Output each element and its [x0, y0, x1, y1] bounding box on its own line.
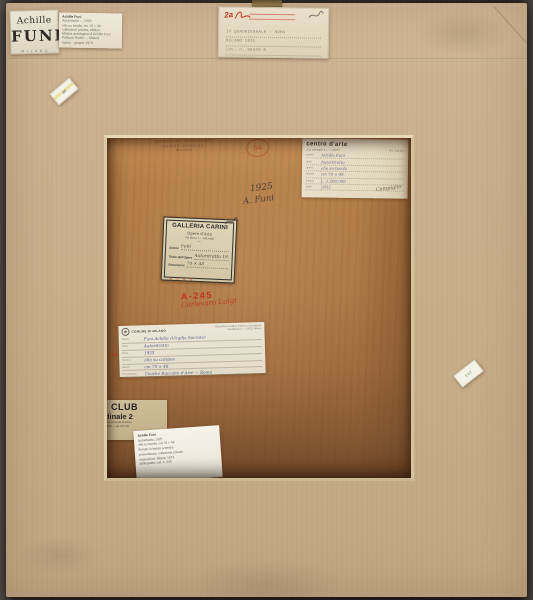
field-label: anno [306, 184, 321, 191]
red-side-mark: N 8 [110, 351, 117, 357]
field-value: 70 × 48 [186, 261, 228, 269]
comune-org-name: COMUNE DI MILANO [131, 329, 166, 334]
wood-panel-window: ESPOSIZIONE PERMANENTE VIA FIORI CHIARI … [104, 135, 414, 481]
typed-row: inv. n. 86320 B [226, 46, 321, 56]
funi-exhibition-label: Achille FUNI M I L A N O [9, 9, 59, 54]
red-oval-stamp: 54 [245, 138, 270, 158]
red-handwritten-mark: 2a [224, 10, 234, 20]
ink-scribble-icon [308, 9, 324, 21]
field-label: Provenienza [123, 370, 145, 378]
field-label: Dimensioni [168, 263, 184, 268]
artclub-line: rdinale 2 [104, 412, 164, 421]
sticker-left-text: 36 [61, 88, 68, 95]
centro-phone: TEL. 654.327 [389, 149, 405, 152]
artclub-line: MILANO — tel. 872.441 [104, 425, 164, 429]
pencil-signature: A. Funi [243, 193, 275, 207]
sticker-right-text: 142 [464, 369, 474, 378]
gallery-ink-stamp: ESPOSIZIONE PERMANENTE VIA FIORI CHIARI … [153, 138, 215, 153]
centro-subtitle: di g. campiglio & c. — milano [306, 148, 339, 151]
comune-emblem-icon [121, 328, 129, 336]
artclub-line: T CLUB [104, 402, 164, 412]
funi-label-footer: M I L A N O [11, 48, 58, 53]
pencil-year: 1925 [249, 182, 273, 195]
red-inventory-mark: A-245 Carlevaro Luigi [181, 289, 237, 309]
field-label: Titolo dell'Opera [169, 254, 193, 259]
artist-first-name: Achille [11, 15, 58, 26]
stamp-line: VIA FIORI CHIARI 13 · MILANO [153, 143, 215, 153]
field-value: Autoritratto 1925 [194, 253, 229, 260]
galleria-carini-label: GALLERIA CARINI Opere d'Arte Via Brera 7… [161, 216, 238, 283]
printed-info-card: Achille Funi Autoritratto — 1925 olio su… [59, 13, 122, 49]
comune-fields: Autore Funi Achille (Virgilio Socrate) T… [122, 333, 263, 378]
field-label: Autore [169, 246, 179, 250]
info-line: marzo · giugno 1973 [62, 40, 119, 45]
centro-darte-label: centro d'arte di g. campiglio & c. — mil… [302, 138, 409, 198]
exhibition-label: 2a IV QUADRIENNALE — ROMA MILANO 1935 in… [218, 6, 330, 59]
red-ruled-lines [249, 14, 295, 21]
typed-rows: IV QUADRIENNALE — ROMA MILANO 1935 inv. … [226, 28, 321, 56]
artist-last-name: FUNI [11, 26, 58, 45]
photo-of-painting-back: Achille FUNI M I L A N O Achille Funi Au… [0, 0, 533, 600]
oval-stamp-number: 54 [253, 144, 261, 152]
typed-white-card: Achille Funi Autoritratto, 1925 olio su … [133, 425, 222, 481]
field-value: Funi [181, 244, 230, 252]
carini-red-code: A 2 4 5 [170, 276, 194, 282]
frame-top-seam [6, 58, 527, 60]
carini-inner-border: GALLERIA CARINI Opere d'Arte Via Brera 7… [164, 220, 234, 281]
comune-milano-label: COMUNE DI MILANO Ripartizione Cultura Tu… [118, 322, 265, 377]
ink-scribble-icon [224, 216, 239, 229]
